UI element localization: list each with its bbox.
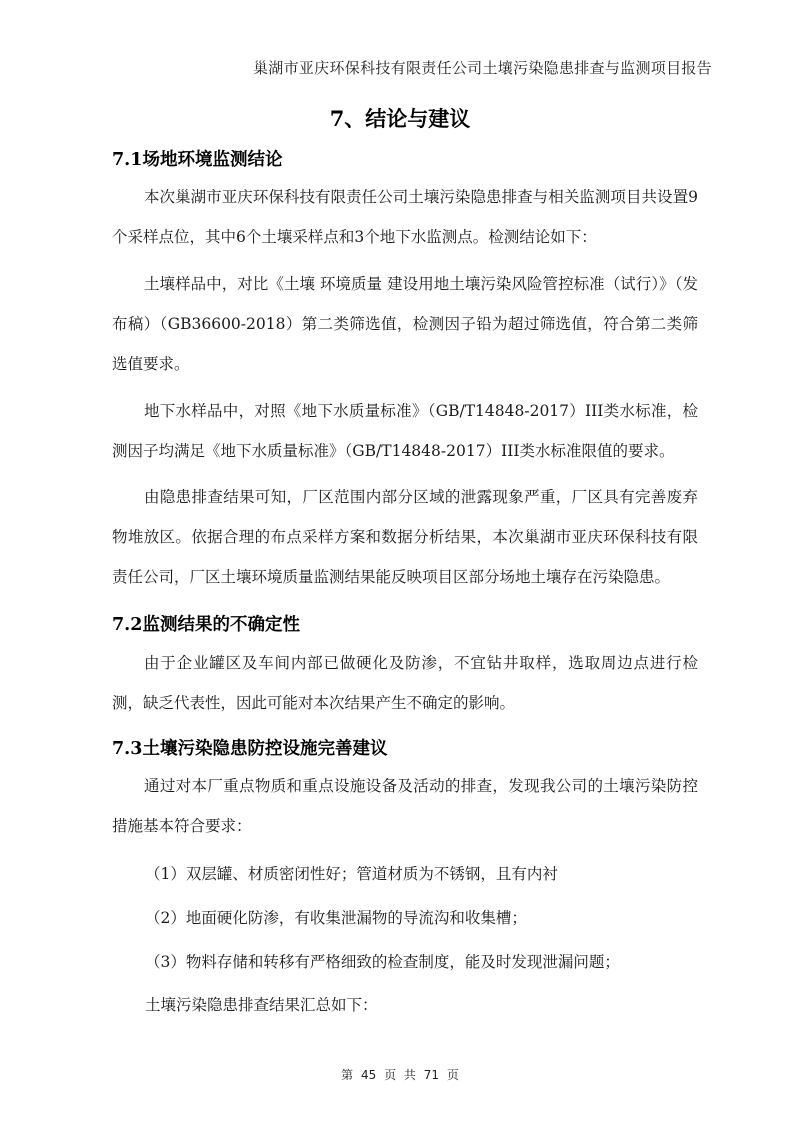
total-pages-number: 71: [424, 1068, 439, 1082]
page-footer: 第 45 页 共 71 页: [0, 1066, 800, 1083]
section-heading-7-2: 7.2监测结果的不确定性: [112, 611, 300, 636]
section-heading-7-3: 7.3土壤污染隐患防控设施完善建议: [112, 735, 387, 760]
chapter-title: 7、结论与建议: [0, 103, 800, 133]
list-item: （1）双层罐、材质密闭性好；管道材质为不锈钢，且有内衬: [145, 862, 558, 884]
summary-line: 土壤污染隐患排查结果汇总如下：: [145, 993, 378, 1015]
paragraph: 由于企业罐区及车间内部已做硬化及防渗，不宜钻井取样，选取周边点进行检测，缺乏代表…: [112, 643, 698, 723]
paragraph: 本次巢湖市亚庆环保科技有限责任公司土壤污染隐患排查与相关监测项目共设置9个采样点…: [112, 177, 698, 257]
paragraph: 由隐患排查结果可知，厂区范围内部分区域的泄露现象严重，厂区具有完善废弃物堆放区。…: [112, 477, 698, 597]
paragraph: 通过对本厂重点物质和重点设施设备及活动的排查，发现我公司的土壤污染防控措施基本符…: [112, 766, 698, 846]
footer-prefix: 第: [341, 1068, 353, 1082]
list-item: （2）地面硬化防渗，有收集泄漏物的导流沟和收集槽；: [145, 906, 527, 928]
paragraph: 土壤样品中，对比《土壤 环境质量 建设用地土壤污染风险管控标准（试行）》（发布稿…: [112, 264, 698, 384]
paragraph: 地下水样品中，对照《地下水质量标准》（GB/T14848-2017）III类水标…: [112, 391, 698, 471]
section-heading-7-1: 7.1场地环境监测结论: [112, 146, 282, 171]
running-header: 巢湖市亚庆环保科技有限责任公司土壤污染隐患排查与监测项目报告: [253, 57, 712, 78]
footer-suffix: 页: [447, 1068, 459, 1082]
footer-middle: 页 共: [384, 1068, 416, 1082]
list-item: （3）物料存储和转移有严格细致的检查制度，能及时发现泄漏问题；: [145, 950, 620, 972]
current-page-number: 45: [361, 1068, 376, 1082]
